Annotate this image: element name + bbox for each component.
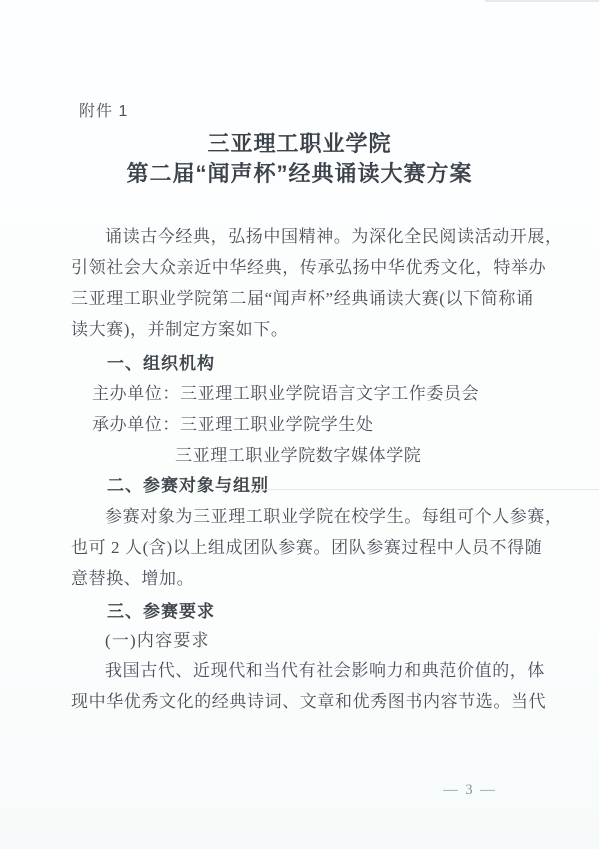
document-title-line1: 三亚理工职业学院 <box>0 130 599 158</box>
organization-list: 主办单位：三亚理工职业学院语言文字工作委员会 承办单位：三亚理工职业学院学生处 … <box>71 378 533 471</box>
subsection-heading-content: (一)内容要求 <box>105 625 210 656</box>
participants-line: 也可 2 人(含)以上组成团队参赛。团队参赛过程中人员不得随 <box>71 532 533 563</box>
section-heading-requirements: 三、参赛要求 <box>107 596 215 627</box>
document-title-line2: 第二届“闻声杯”经典诵读大赛方案 <box>0 160 599 188</box>
document-page: 附件 1 三亚理工职业学院 第二届“闻声杯”经典诵读大赛方案 诵读古今经典，弘扬… <box>0 0 599 849</box>
requirements-paragraph: 我国古代、近现代和当代有社会影响力和典范价值的，体 现中华优秀文化的经典诗词、文… <box>71 655 533 717</box>
intro-paragraph: 诵读古今经典，弘扬中国精神。为深化全民阅读活动开展， 引领社会大众亲近中华经典，… <box>71 221 533 345</box>
page-number: — 3 — <box>440 781 500 799</box>
scan-edge-artifact <box>485 0 599 2</box>
intro-line: 诵读古今经典，弘扬中国精神。为深化全民阅读活动开展， <box>71 221 533 252</box>
requirements-line: 现中华优秀文化的经典诗词、文章和优秀图书内容节选。当代 <box>71 686 533 717</box>
intro-line: 三亚理工职业学院第二届“闻声杯”经典诵读大赛(以下简称诵 <box>71 283 533 314</box>
scan-crease-line <box>248 489 599 490</box>
participants-line: 意替换、增加。 <box>71 563 533 594</box>
attachment-label: 附件 1 <box>79 100 128 124</box>
org-line-undertaker: 承办单位：三亚理工职业学院学生处 <box>71 409 533 440</box>
participants-line: 参赛对象为三亚理工职业学院在校学生。每组可个人参赛， <box>71 501 533 532</box>
requirements-line: 我国古代、近现代和当代有社会影响力和典范价值的，体 <box>71 655 533 686</box>
participants-paragraph: 参赛对象为三亚理工职业学院在校学生。每组可个人参赛， 也可 2 人(含)以上组成… <box>71 501 533 594</box>
org-line-host: 主办单位：三亚理工职业学院语言文字工作委员会 <box>71 378 533 409</box>
intro-line: 读大赛)，并制定方案如下。 <box>71 314 533 345</box>
org-line-undertaker-2: 三亚理工职业学院数字媒体学院 <box>71 440 533 471</box>
section-heading-participants: 二、参赛对象与组别 <box>107 470 269 501</box>
intro-line: 引领社会大众亲近中华经典，传承弘扬中华优秀文化，特举办 <box>71 252 533 283</box>
section-heading-organization: 一、组织机构 <box>107 348 215 379</box>
